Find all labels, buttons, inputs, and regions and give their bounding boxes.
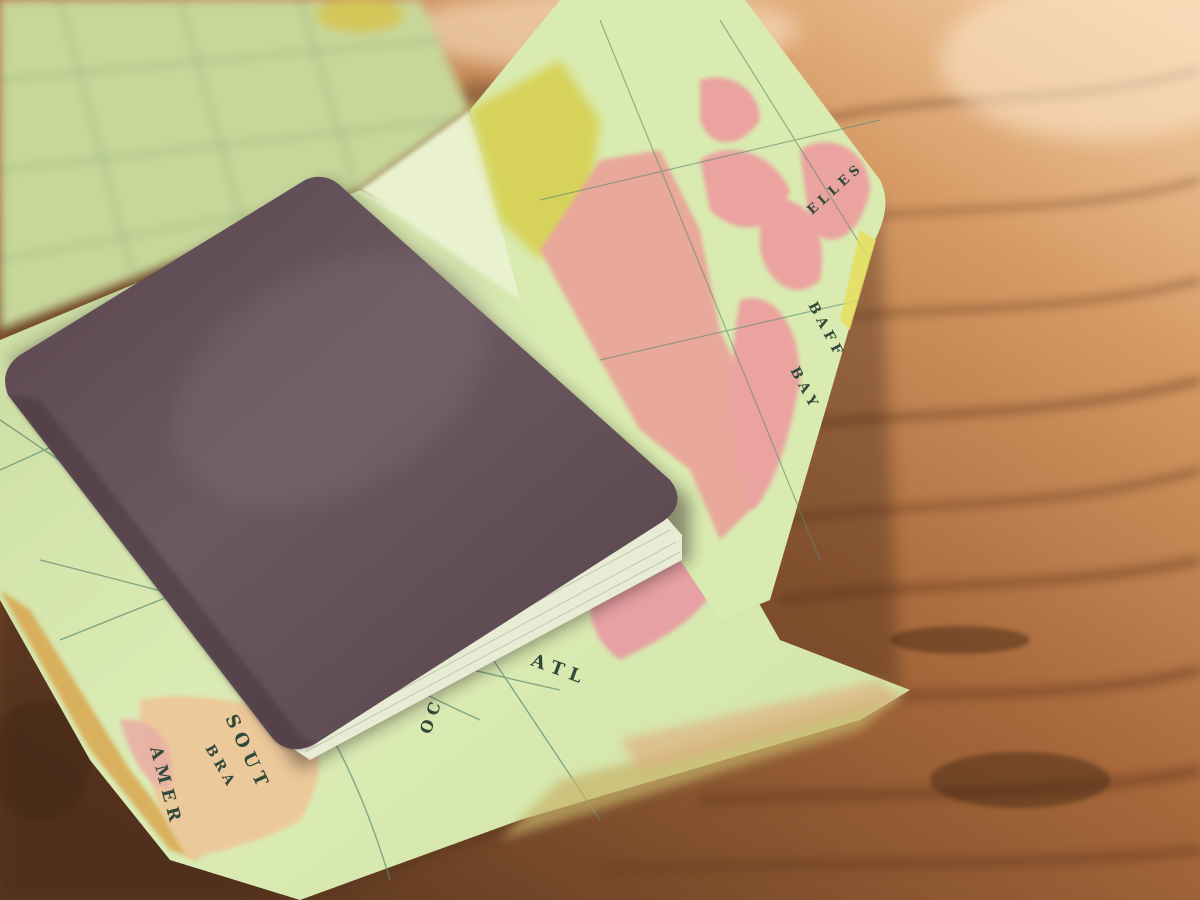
photo-canvas: E L L E S B A F F B A Y A T L O C S O U … [0,0,1200,900]
photo-scene: E L L E S B A F F B A Y A T L O C S O U … [0,0,1200,900]
